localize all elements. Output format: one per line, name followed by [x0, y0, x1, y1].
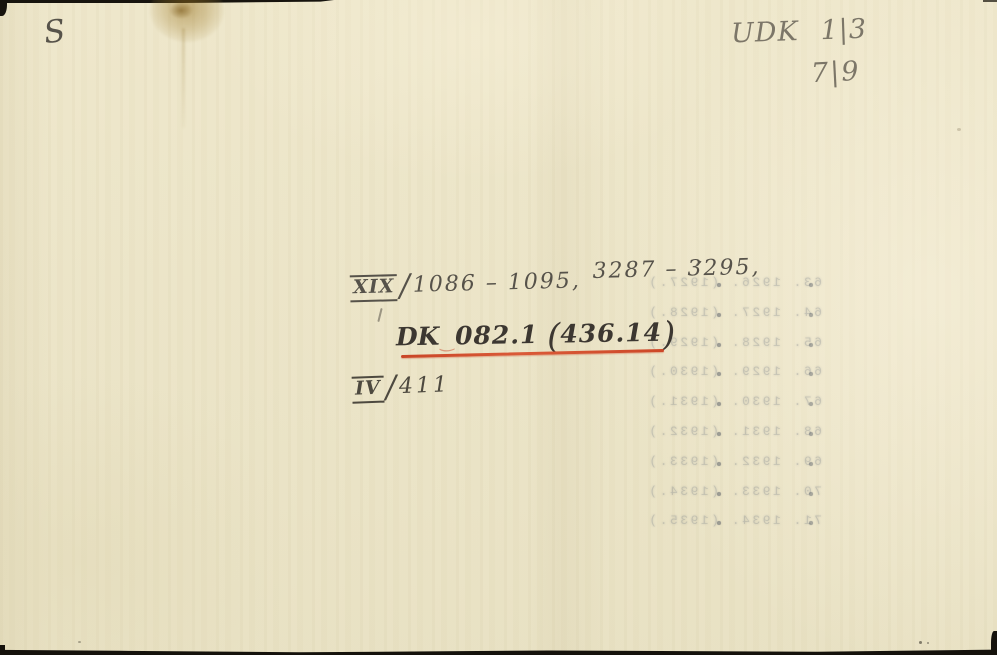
separator-slash: / [385, 369, 397, 405]
scan-edge-bottom [0, 649, 997, 655]
ghost-period-dot [809, 283, 813, 287]
corner-letter: S [42, 13, 68, 51]
scan-corner-top-left [0, 0, 7, 16]
iv-number: 411 [399, 372, 451, 399]
scan-corner-bottom-right [991, 631, 997, 655]
number-range-2: 3287 – 3295, [592, 255, 761, 284]
paper-speck [957, 128, 961, 131]
dk-prefix: DK [396, 322, 440, 352]
ghost-text-row: 69. 1932. (1933.) [610, 447, 822, 477]
ghost-period-dot [809, 313, 813, 317]
ghost-text-row: 71. 1934. (1935.) [610, 506, 822, 536]
scan-corner-top-right [983, 0, 997, 2]
ghost-text-row: 68. 1931. (1932.) [610, 417, 822, 447]
ghost-period-dot [717, 313, 721, 317]
ghost-text-rows: 63. 1926. (1927.)64. 1927. (1928.)65. 19… [610, 268, 822, 540]
close-paren: ) [662, 315, 676, 355]
iv-shelfmark-line: IV/411 [351, 367, 450, 406]
paper-speck [919, 641, 922, 644]
red-flourish: ‿ [440, 332, 454, 352]
dk-paren-number: 436.14 [560, 318, 662, 349]
udk-label: UDK [731, 16, 800, 49]
ghost-period-dot [809, 432, 813, 436]
ghost-period-dot [809, 343, 813, 347]
ghost-period-dot [809, 462, 813, 466]
scanned-index-card: 63. 1926. (1927.)64. 1927. (1928.)65. 19… [0, 0, 997, 655]
paper-stain-streak [182, 28, 185, 128]
roman-numeral-iv: IV [352, 376, 385, 404]
ghost-period-dot [717, 462, 721, 466]
paper-stain-core [169, 2, 193, 19]
ghost-text-row: 66. 1929. (1930.) [610, 357, 822, 387]
spacer [799, 39, 821, 40]
udk-classification-line1: UDK1|3 [731, 14, 868, 50]
ghost-period-dot [717, 432, 721, 436]
number-range-1: 1086 – 1095, [413, 268, 582, 297]
scan-corner-bottom-left [0, 645, 5, 655]
separator-slash: / [399, 268, 410, 304]
dk-number: 082.1 [455, 320, 539, 350]
ghost-period-dot [809, 492, 813, 496]
ghost-period-dot [717, 343, 721, 347]
roman-numeral-xix: XIX [350, 274, 398, 302]
udk-classification-line2: 7|9 [810, 56, 861, 90]
udk-value-1: 1|3 [820, 14, 868, 47]
ghost-period-dot [717, 492, 721, 496]
paper-speck [927, 642, 929, 644]
paper-speck [78, 641, 81, 643]
pencil-stray-tick [377, 308, 382, 322]
ghost-text-row: 67. 1930. (1931.) [610, 387, 822, 417]
ghost-text-row: 70. 1933. (1934.) [610, 477, 822, 507]
